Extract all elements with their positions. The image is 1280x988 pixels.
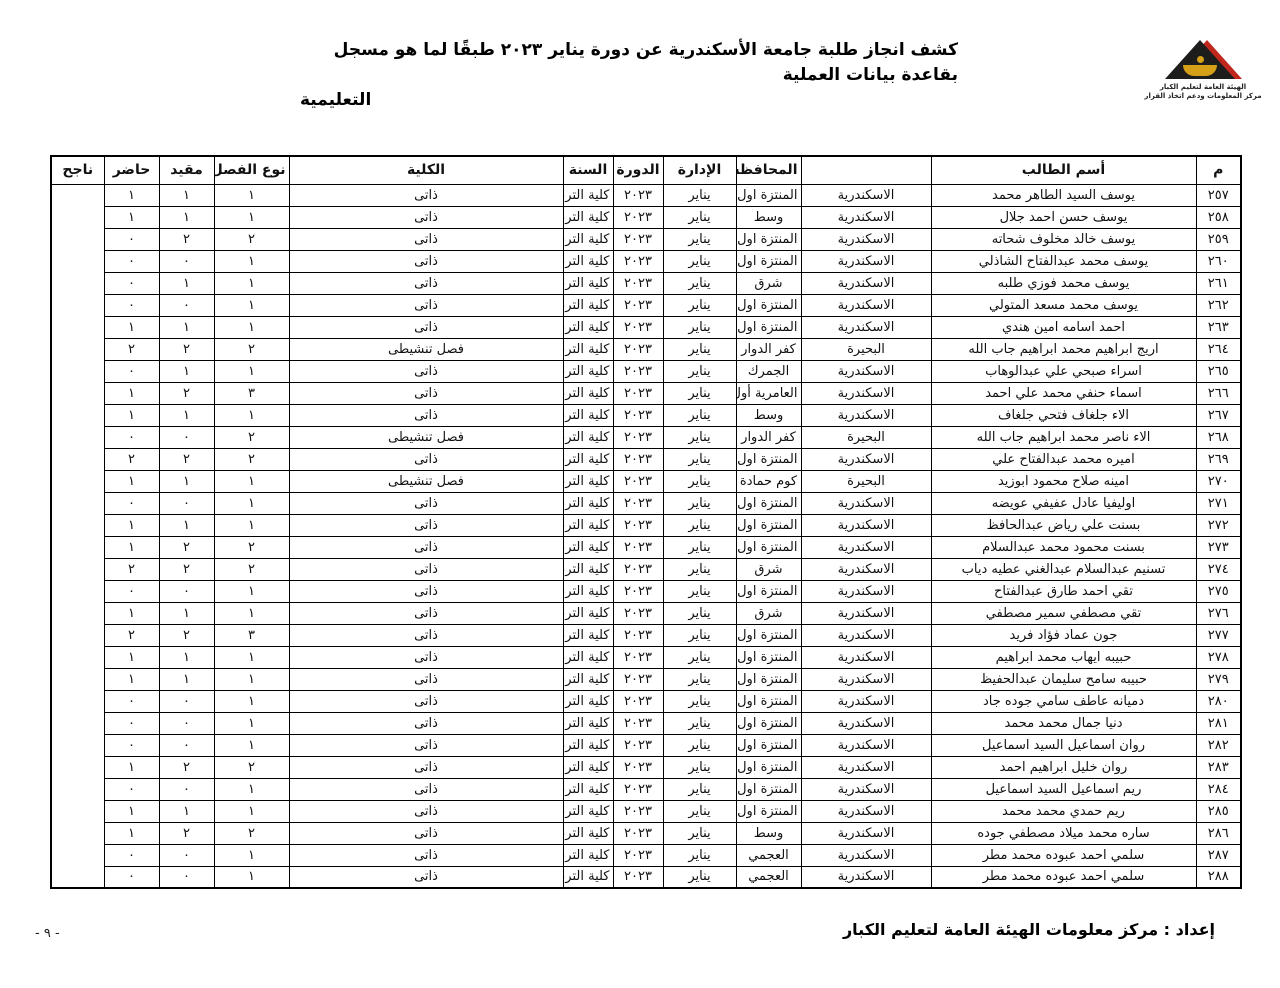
table-row: ٢٦٧ الاء جلغاف فتحي جلغاف الاسكندرية وسط… <box>51 404 1241 426</box>
session-cell: يناير <box>663 360 736 382</box>
governorate-cell: الاسكندرية <box>801 514 931 536</box>
passed-count-cell: ١ <box>104 668 159 690</box>
passed-count-cell: ٠ <box>104 228 159 250</box>
administration-cell: العجمي <box>736 844 801 866</box>
table-row: ٢٦٢ يوسف محمد مسعد المتولي الاسكندرية ال… <box>51 294 1241 316</box>
col-header-student-name: أسم الطالب <box>931 156 1196 184</box>
college-cell: كلية التربية النوعية جامعة الاسكندرية <box>563 844 613 866</box>
present-count-cell: ١ <box>159 602 214 624</box>
row-number-cell: ٢٦٨ <box>1196 426 1241 448</box>
year-cell: ٢٠٢٣ <box>613 514 663 536</box>
year-cell: ٢٠٢٣ <box>613 228 663 250</box>
present-count-cell: ٠ <box>159 690 214 712</box>
class-type-cell: ذاتى <box>289 756 563 778</box>
session-cell: يناير <box>663 536 736 558</box>
table-row: ٢٨١ دنيا جمال محمد محمد الاسكندرية المنت… <box>51 712 1241 734</box>
governorate-cell: الاسكندرية <box>801 756 931 778</box>
prepared-by-note: إعداد : مركز معلومات الهيئة العامة لتعلي… <box>843 920 1215 939</box>
row-number-cell: ٢٦٢ <box>1196 294 1241 316</box>
passed-count-cell: ٠ <box>104 294 159 316</box>
passed-count-cell: ٠ <box>104 272 159 294</box>
governorate-cell: الاسكندرية <box>801 404 931 426</box>
passed-count-cell: ١ <box>104 206 159 228</box>
document-title-line1: كشف انجاز طلبة جامعة الأسكندرية عن دورة … <box>300 38 958 88</box>
enrolled-count-cell: ٢ <box>214 756 289 778</box>
passed-count-cell: ١ <box>104 316 159 338</box>
present-count-cell: ٠ <box>159 426 214 448</box>
class-type-cell: ذاتى <box>289 514 563 536</box>
administration-cell: المنتزة اول <box>736 448 801 470</box>
present-count-cell: ٢ <box>159 624 214 646</box>
row-number-cell: ٢٨٣ <box>1196 756 1241 778</box>
class-type-cell: ذاتى <box>289 184 563 206</box>
class-type-cell: ذاتى <box>289 294 563 316</box>
governorate-cell: الاسكندرية <box>801 580 931 602</box>
row-number-cell: ٢٧٥ <box>1196 580 1241 602</box>
college-cell: كلية التربية النوعية جامعة الاسكندرية <box>563 866 613 888</box>
student-name-cell: يوسف خالد مخلوف شحاته <box>931 228 1196 250</box>
college-cell: كلية التربية النوعية جامعة الاسكندرية <box>563 338 613 360</box>
governorate-cell: الاسكندرية <box>801 646 931 668</box>
student-name-cell: الاء جلغاف فتحي جلغاف <box>931 404 1196 426</box>
present-count-cell: ٢ <box>159 822 214 844</box>
enrolled-count-cell: ٢ <box>214 448 289 470</box>
session-cell: يناير <box>663 316 736 338</box>
table-header-row: م أسم الطالب المحافظة الإدارة الدورة الس… <box>51 156 1241 184</box>
row-number-cell: ٢٨٢ <box>1196 734 1241 756</box>
report-table-wrapper: م أسم الطالب المحافظة الإدارة الدورة الس… <box>50 155 1242 889</box>
table-row: ٢٧٠ امينه صلاح محمود ابوزيد البحيرة كوم … <box>51 470 1241 492</box>
passed-count-cell: ١ <box>104 470 159 492</box>
year-cell: ٢٠٢٣ <box>613 404 663 426</box>
year-cell: ٢٠٢٣ <box>613 690 663 712</box>
session-cell: يناير <box>663 470 736 492</box>
enrolled-count-cell: ١ <box>214 470 289 492</box>
enrolled-count-cell: ٢ <box>214 558 289 580</box>
college-cell: كلية التربية النوعية جامعة الاسكندرية <box>563 360 613 382</box>
present-count-cell: ١ <box>159 470 214 492</box>
row-number-cell: ٢٦٧ <box>1196 404 1241 426</box>
present-count-cell: ١ <box>159 360 214 382</box>
col-header-session: الدورة <box>613 156 663 184</box>
college-cell: كلية التربية النوعية جامعة الاسكندرية <box>563 492 613 514</box>
administration-cell: المنتزة اول <box>736 690 801 712</box>
row-number-cell: ٢٦٦ <box>1196 382 1241 404</box>
governorate-cell: البحيرة <box>801 338 931 360</box>
class-type-cell: ذاتى <box>289 712 563 734</box>
year-cell: ٢٠٢٣ <box>613 734 663 756</box>
enrolled-count-cell: ١ <box>214 404 289 426</box>
class-type-cell: ذاتى <box>289 778 563 800</box>
page-number: - ٩ - <box>35 926 60 941</box>
college-cell: كلية التربية النوعية جامعة الاسكندرية <box>563 404 613 426</box>
present-count-cell: ٠ <box>159 844 214 866</box>
college-cell: كلية التربية النوعية جامعة الاسكندرية <box>563 800 613 822</box>
passed-count-cell: ٢ <box>104 624 159 646</box>
present-count-cell: ٢ <box>159 756 214 778</box>
table-row: ٢٦٣ احمد اسامه امين هندي الاسكندرية المن… <box>51 316 1241 338</box>
passed-count-cell: ٠ <box>104 844 159 866</box>
row-number-cell: ٢٦٥ <box>1196 360 1241 382</box>
student-name-cell: روان اسماعيل السيد اسماعيل <box>931 734 1196 756</box>
student-name-cell: تقي احمد طارق عبدالفتاح <box>931 580 1196 602</box>
table-row: ٢٦٨ الاء ناصر محمد ابراهيم جاب الله البح… <box>51 426 1241 448</box>
student-name-cell: تسنيم عبدالسلام عبدالغني عطيه دياب <box>931 558 1196 580</box>
enrolled-count-cell: ١ <box>214 646 289 668</box>
present-count-cell: ١ <box>159 184 214 206</box>
enrolled-count-cell: ١ <box>214 580 289 602</box>
enrolled-count-cell: ٢ <box>214 338 289 360</box>
passed-count-cell: ٢ <box>104 448 159 470</box>
passed-count-cell: ١ <box>104 536 159 558</box>
present-count-cell: ١ <box>159 272 214 294</box>
administration-cell: شرق <box>736 272 801 294</box>
table-row: ٢٨٤ ريم اسماعيل السيد اسماعيل الاسكندرية… <box>51 778 1241 800</box>
enrolled-count-cell: ١ <box>214 250 289 272</box>
class-type-cell: ذاتى <box>289 536 563 558</box>
class-type-cell: ذاتى <box>289 382 563 404</box>
year-cell: ٢٠٢٣ <box>613 316 663 338</box>
year-cell: ٢٠٢٣ <box>613 382 663 404</box>
class-type-cell: ذاتى <box>289 404 563 426</box>
governorate-cell: الاسكندرية <box>801 492 931 514</box>
present-count-cell: ١ <box>159 800 214 822</box>
session-cell: يناير <box>663 668 736 690</box>
enrolled-count-cell: ١ <box>214 184 289 206</box>
col-header-class-type: نوع الفصل <box>214 156 289 184</box>
college-cell: كلية التربية النوعية جامعة الاسكندرية <box>563 536 613 558</box>
enrolled-count-cell: ١ <box>214 316 289 338</box>
passed-count-cell: ١ <box>104 822 159 844</box>
student-name-cell: الاء ناصر محمد ابراهيم جاب الله <box>931 426 1196 448</box>
present-count-cell: ١ <box>159 404 214 426</box>
college-cell: كلية التربية الرياضية بنين جامعة الاسكند… <box>563 206 613 228</box>
enrolled-count-cell: ١ <box>214 602 289 624</box>
row-number-cell: ٢٨٤ <box>1196 778 1241 800</box>
class-type-cell: فصل تنشيطى <box>289 338 563 360</box>
administration-cell: وسط <box>736 404 801 426</box>
college-cell: كلية التربية الرياضية بنين جامعة الاسكند… <box>563 250 613 272</box>
present-count-cell: ٠ <box>159 778 214 800</box>
governorate-cell: الاسكندرية <box>801 316 931 338</box>
year-cell: ٢٠٢٣ <box>613 536 663 558</box>
enrolled-count-cell: ١ <box>214 514 289 536</box>
administration-cell: المنتزة اول <box>736 536 801 558</box>
class-type-cell: ذاتى <box>289 866 563 888</box>
college-cell: كلية التربية النوعية جامعة الاسكندرية <box>563 382 613 404</box>
passed-count-cell: ٠ <box>104 690 159 712</box>
college-cell: كلية التربية النوعية جامعة الاسكندرية <box>563 602 613 624</box>
college-cell: كلية التربية النوعية جامعة الاسكندرية <box>563 580 613 602</box>
student-name-cell: دميانه عاطف سامي جوده جاد <box>931 690 1196 712</box>
present-count-cell: ٢ <box>159 536 214 558</box>
session-cell: يناير <box>663 426 736 448</box>
year-cell: ٢٠٢٣ <box>613 426 663 448</box>
table-row: ٢٦٤ اريج ابراهيم محمد ابراهيم جاب الله ا… <box>51 338 1241 360</box>
logo-caption-line1: الهيئة العامة لتعليم الكبار <box>1139 83 1267 92</box>
row-number-cell: ٢٦٤ <box>1196 338 1241 360</box>
class-type-cell: ذاتى <box>289 448 563 470</box>
student-name-cell: اسماء حنفي محمد علي احمد <box>931 382 1196 404</box>
college-cell: كلية التربية النوعية جامعة الاسكندرية <box>563 668 613 690</box>
year-cell: ٢٠٢٣ <box>613 360 663 382</box>
enrolled-count-cell: ١ <box>214 492 289 514</box>
college-cell: كلية التربية النوعية جامعة الاسكندرية <box>563 756 613 778</box>
table-row: ٢٦٩ اميره محمد عبدالفتاح علي الاسكندرية … <box>51 448 1241 470</box>
administration-cell: المنتزة اول <box>736 316 801 338</box>
student-name-cell: ريم اسماعيل السيد اسماعيل <box>931 778 1196 800</box>
enrolled-count-cell: ١ <box>214 734 289 756</box>
table-row: ٢٨٧ سلمي احمد عبوده محمد مطر الاسكندرية … <box>51 844 1241 866</box>
enrolled-count-cell: ٢ <box>214 426 289 448</box>
college-cell: كلية التربية النوعية جامعة الاسكندرية <box>563 448 613 470</box>
present-count-cell: ١ <box>159 646 214 668</box>
college-cell: كلية التربية الرياضية بنين جامعة الاسكند… <box>563 294 613 316</box>
row-number-cell: ٢٧١ <box>1196 492 1241 514</box>
governorate-cell: البحيرة <box>801 470 931 492</box>
session-cell: يناير <box>663 690 736 712</box>
year-cell: ٢٠٢٣ <box>613 800 663 822</box>
administration-cell: المنتزة اول <box>736 778 801 800</box>
present-count-cell: ٠ <box>159 580 214 602</box>
row-number-cell: ٢٥٧ <box>1196 184 1241 206</box>
logo-captions: الهيئة العامة لتعليم الكبار مركز المعلوم… <box>1139 83 1267 101</box>
college-cell: كلية التربية النوعية جامعة الاسكندرية <box>563 646 613 668</box>
table-row: ٢٦٥ اسراء صبحي علي عبدالوهاب الاسكندرية … <box>51 360 1241 382</box>
administration-cell: المنتزة اول <box>736 184 801 206</box>
row-number-cell: ٢٨٨ <box>1196 866 1241 888</box>
governorate-cell: الاسكندرية <box>801 624 931 646</box>
session-cell: يناير <box>663 514 736 536</box>
row-number-cell: ٢٦٠ <box>1196 250 1241 272</box>
table-row: ٢٨٨ سلمي احمد عبوده محمد مطر الاسكندرية … <box>51 866 1241 888</box>
governorate-cell: الاسكندرية <box>801 712 931 734</box>
row-number-cell: ٢٥٩ <box>1196 228 1241 250</box>
class-type-cell: ذاتى <box>289 822 563 844</box>
passed-count-cell: ٠ <box>104 580 159 602</box>
passed-count-cell: ١ <box>104 382 159 404</box>
col-header-present: حاضر <box>104 156 159 184</box>
table-body: ٢٥٧ يوسف السيد الطاهر محمد الاسكندرية ال… <box>51 184 1241 888</box>
table-row: ٢٨٢ روان اسماعيل السيد اسماعيل الاسكندري… <box>51 734 1241 756</box>
college-cell: كلية التربية النوعية جامعة الاسكندرية <box>563 712 613 734</box>
governorate-cell: الاسكندرية <box>801 558 931 580</box>
passed-count-cell: ١ <box>104 514 159 536</box>
administration-cell: المنتزة اول <box>736 712 801 734</box>
present-count-cell: ٢ <box>159 558 214 580</box>
class-type-cell: فصل تنشيطى <box>289 426 563 448</box>
administration-cell: شرق <box>736 558 801 580</box>
year-cell: ٢٠٢٣ <box>613 712 663 734</box>
enrolled-count-cell: ١ <box>214 294 289 316</box>
student-name-cell: امينه صلاح محمود ابوزيد <box>931 470 1196 492</box>
governorate-cell: البحيرة <box>801 426 931 448</box>
row-number-cell: ٢٨٧ <box>1196 844 1241 866</box>
administration-cell: العامرية أول <box>736 382 801 404</box>
session-cell: يناير <box>663 646 736 668</box>
year-cell: ٢٠٢٣ <box>613 580 663 602</box>
year-cell: ٢٠٢٣ <box>613 470 663 492</box>
col-header-college: الكلية <box>289 156 563 184</box>
administration-cell: المنتزة اول <box>736 800 801 822</box>
present-count-cell: ٠ <box>159 866 214 888</box>
row-number-cell: ٢٧٠ <box>1196 470 1241 492</box>
row-number-cell: ٢٧٨ <box>1196 646 1241 668</box>
table-row: ٢٥٨ يوسف حسن احمد جلال الاسكندرية وسط ين… <box>51 206 1241 228</box>
table-row: ٢٧٢ بسنت علي رياض عبدالحافظ الاسكندرية ا… <box>51 514 1241 536</box>
administration-cell: المنتزة اول <box>736 294 801 316</box>
administration-cell: كفر الدوار <box>736 426 801 448</box>
college-cell: كلية التربية النوعية جامعة الاسكندرية <box>563 690 613 712</box>
student-name-cell: حبيبه ايهاب محمد ابراهيم <box>931 646 1196 668</box>
student-name-cell: حبيبه سامح سليمان عبدالحفيظ <box>931 668 1196 690</box>
class-type-cell: ذاتى <box>289 492 563 514</box>
present-count-cell: ١ <box>159 316 214 338</box>
class-type-cell: ذاتى <box>289 250 563 272</box>
session-cell: يناير <box>663 800 736 822</box>
governorate-cell: الاسكندرية <box>801 382 931 404</box>
college-cell: كلية التربية النوعية جامعة الاسكندرية <box>563 558 613 580</box>
row-number-cell: ٢٧٩ <box>1196 668 1241 690</box>
enrolled-count-cell: ١ <box>214 844 289 866</box>
class-type-cell: ذاتى <box>289 360 563 382</box>
session-cell: يناير <box>663 294 736 316</box>
administration-cell: وسط <box>736 206 801 228</box>
session-cell: يناير <box>663 184 736 206</box>
present-count-cell: ٢ <box>159 382 214 404</box>
student-name-cell: سلمي احمد عبوده محمد مطر <box>931 844 1196 866</box>
passed-count-cell: ١ <box>104 646 159 668</box>
session-cell: يناير <box>663 712 736 734</box>
governorate-cell: الاسكندرية <box>801 844 931 866</box>
administration-cell: شرق <box>736 602 801 624</box>
enrolled-count-cell: ٢ <box>214 228 289 250</box>
table-row: ٢٧٨ حبيبه ايهاب محمد ابراهيم الاسكندرية … <box>51 646 1241 668</box>
students-report-table: م أسم الطالب المحافظة الإدارة الدورة الس… <box>50 155 1242 889</box>
year-cell: ٢٠٢٣ <box>613 250 663 272</box>
enrolled-count-cell: ٣ <box>214 624 289 646</box>
student-name-cell: يوسف محمد فوزي طلبه <box>931 272 1196 294</box>
class-type-cell: فصل تنشيطى <box>289 470 563 492</box>
year-cell: ٢٠٢٣ <box>613 184 663 206</box>
passed-count-cell: ١ <box>104 404 159 426</box>
governorate-cell: الاسكندرية <box>801 448 931 470</box>
administration-cell: الجمرك <box>736 360 801 382</box>
administration-cell: المنتزة اول <box>736 668 801 690</box>
session-cell: يناير <box>663 558 736 580</box>
table-row: ٢٦٦ اسماء حنفي محمد علي احمد الاسكندرية … <box>51 382 1241 404</box>
year-cell: ٢٠٢٣ <box>613 646 663 668</box>
governorate-cell: الاسكندرية <box>801 800 931 822</box>
present-count-cell: ٢ <box>159 448 214 470</box>
year-cell: ٢٠٢٣ <box>613 602 663 624</box>
year-cell: ٢٠٢٣ <box>613 272 663 294</box>
class-type-cell: ذاتى <box>289 272 563 294</box>
empty-spacer-column <box>801 156 931 184</box>
session-cell: يناير <box>663 206 736 228</box>
administration-cell: المنتزة اول <box>736 514 801 536</box>
passed-count-cell: ٠ <box>104 866 159 888</box>
governorate-cell: الاسكندرية <box>801 866 931 888</box>
year-cell: ٢٠٢٣ <box>613 822 663 844</box>
session-cell: يناير <box>663 382 736 404</box>
session-cell: يناير <box>663 866 736 888</box>
document-title-line2: التعليمية <box>300 88 958 113</box>
row-number-cell: ٢٨٠ <box>1196 690 1241 712</box>
session-cell: يناير <box>663 756 736 778</box>
logo-book-emblem-icon <box>1181 56 1219 76</box>
student-name-cell: احمد اسامه امين هندي <box>931 316 1196 338</box>
year-cell: ٢٠٢٣ <box>613 338 663 360</box>
college-cell: كلية التربية الرياضية بنين جامعة الاسكند… <box>563 184 613 206</box>
administration-cell: المنتزة اول <box>736 624 801 646</box>
session-cell: يناير <box>663 822 736 844</box>
governorate-cell: الاسكندرية <box>801 602 931 624</box>
governorate-cell: الاسكندرية <box>801 690 931 712</box>
present-count-cell: ١ <box>159 514 214 536</box>
administration-cell: المنتزة اول <box>736 250 801 272</box>
passed-count-cell: ٢ <box>104 558 159 580</box>
row-number-cell: ٢٧٢ <box>1196 514 1241 536</box>
governorate-cell: الاسكندرية <box>801 228 931 250</box>
year-cell: ٢٠٢٣ <box>613 492 663 514</box>
governorate-cell: الاسكندرية <box>801 822 931 844</box>
student-name-cell: يوسف محمد عبدالفتاح الشاذلي <box>931 250 1196 272</box>
passed-count-cell: ١ <box>104 756 159 778</box>
governorate-cell: الاسكندرية <box>801 360 931 382</box>
row-number-cell: ٢٥٨ <box>1196 206 1241 228</box>
row-number-cell: ٢٧٣ <box>1196 536 1241 558</box>
year-cell: ٢٠٢٣ <box>613 866 663 888</box>
present-count-cell: ٠ <box>159 712 214 734</box>
passed-count-cell: ٠ <box>104 734 159 756</box>
year-cell: ٢٠٢٣ <box>613 756 663 778</box>
passed-count-cell: ٠ <box>104 360 159 382</box>
administration-cell: المنتزة اول <box>736 492 801 514</box>
student-name-cell: دنيا جمال محمد محمد <box>931 712 1196 734</box>
authority-logo: الهيئة العامة لتعليم الكبار مركز المعلوم… <box>1165 40 1241 110</box>
administration-cell: المنتزة اول <box>736 756 801 778</box>
year-cell: ٢٠٢٣ <box>613 624 663 646</box>
table-row: ٢٧٩ حبيبه سامح سليمان عبدالحفيظ الاسكندر… <box>51 668 1241 690</box>
passed-count-cell: ٠ <box>104 712 159 734</box>
present-count-cell: ٢ <box>159 338 214 360</box>
college-cell: كلية التربية النوعية جامعة الاسكندرية <box>563 822 613 844</box>
session-cell: يناير <box>663 338 736 360</box>
col-header-year: السنة <box>563 156 613 184</box>
enrolled-count-cell: ١ <box>214 712 289 734</box>
governorate-cell: الاسكندرية <box>801 206 931 228</box>
present-count-cell: ١ <box>159 668 214 690</box>
table-row: ٢٧٧ جون عماد فؤاد فريد الاسكندرية المنتز… <box>51 624 1241 646</box>
student-name-cell: يوسف السيد الطاهر محمد <box>931 184 1196 206</box>
class-type-cell: ذاتى <box>289 206 563 228</box>
administration-cell: المنتزة اول <box>736 734 801 756</box>
governorate-cell: الاسكندرية <box>801 250 931 272</box>
college-cell: كلية التربية النوعية جامعة الاسكندرية <box>563 778 613 800</box>
college-cell: كلية التربية النوعية جامعة الاسكندرية <box>563 624 613 646</box>
passed-count-cell: ٠ <box>104 426 159 448</box>
present-count-cell: ٢ <box>159 228 214 250</box>
passed-count-cell: ٢ <box>104 338 159 360</box>
administration-cell: العجمي <box>736 866 801 888</box>
enrolled-count-cell: ١ <box>214 800 289 822</box>
administration-cell: المنتزة اول <box>736 228 801 250</box>
year-cell: ٢٠٢٣ <box>613 448 663 470</box>
passed-count-cell: ١ <box>104 184 159 206</box>
session-cell: يناير <box>663 624 736 646</box>
class-type-cell: ذاتى <box>289 602 563 624</box>
